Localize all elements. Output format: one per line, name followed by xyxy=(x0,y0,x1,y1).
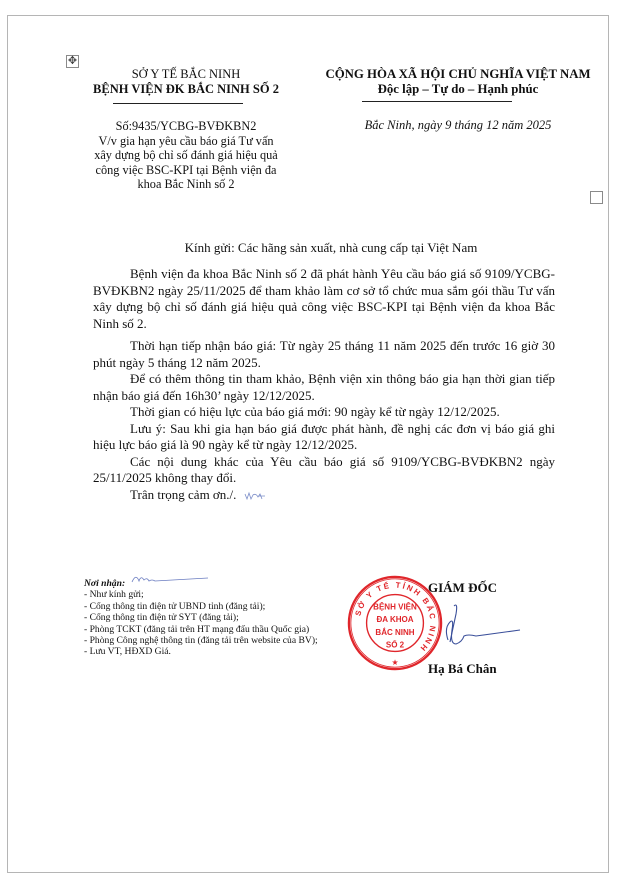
document-number: Số:9435/YCBG-BVĐKBN2 xyxy=(62,119,310,134)
recipients-list: Nơi nhận: - Như kính gửi; - Cổng thông t… xyxy=(84,578,364,658)
issuer-header: SỞ Y TẾ BẮC NINH BỆNH VIỆN ĐK BẮC NINH S… xyxy=(62,67,310,97)
signer-name: Hạ Bá Chân xyxy=(428,661,518,677)
organization-name: BỆNH VIỆN ĐK BẮC NINH SỐ 2 xyxy=(62,82,310,97)
body-paragraph: Thời hạn tiếp nhận báo giá: Từ ngày 25 t… xyxy=(93,338,555,371)
reference-block: Số:9435/YCBG-BVĐKBN2 V/v gia hạn yêu cầu… xyxy=(62,119,310,192)
body-paragraph: Các nội dung khác của Yêu cầu báo giá số… xyxy=(93,454,555,487)
recipient-item: - Như kính gửi; xyxy=(84,589,364,600)
recipient-item: - Cổng thông tin điện tử UBND tỉnh (đăng… xyxy=(84,601,364,612)
svg-text:BỆNH VIỆN: BỆNH VIỆN xyxy=(373,602,417,611)
national-motto: Độc lập – Tự do – Hạnh phúc xyxy=(303,82,613,97)
recipient-item: - Phòng Công nghệ thông tin (đăng tải tr… xyxy=(84,635,364,646)
header-left-rule xyxy=(113,103,243,104)
nation-title: CỘNG HÒA XÃ HỘI CHỦ NGHĨA VIỆT NAM xyxy=(303,67,613,82)
subject-line: khoa Bắc Ninh số 2 xyxy=(62,177,310,192)
subject-line: xây dựng bộ chỉ số đánh giá hiệu quả xyxy=(62,148,310,163)
signer-title: GIÁM ĐỐC xyxy=(428,580,508,596)
subject-line: V/v gia hạn yêu cầu báo giá Tư vấn xyxy=(62,134,310,149)
place-date: Bắc Ninh, ngày 9 tháng 12 năm 2025 xyxy=(303,118,613,133)
salutation: Kính gửi: Các hãng sản xuất, nhà cung cấ… xyxy=(62,240,600,256)
recipient-item: - Cổng thông tin điện tử SYT (đăng tải); xyxy=(84,612,364,623)
svg-text:BẮC NINH: BẮC NINH xyxy=(375,628,414,637)
recipient-item: - Phòng TCKT (đăng tải trên HT mạng đấu … xyxy=(84,624,364,635)
letter-body: Bệnh viện đa khoa Bắc Ninh số 2 đã phát … xyxy=(93,266,555,503)
authority-name: SỞ Y TẾ BẮC NINH xyxy=(62,67,310,82)
body-paragraph: Lưu ý: Sau khi gia hạn báo giá được phát… xyxy=(93,421,555,454)
closing-text: Trân trọng cảm ơn./. xyxy=(130,487,236,502)
table-resize-handle-icon[interactable] xyxy=(590,191,603,204)
initial-signature-icon xyxy=(244,491,266,501)
national-header: CỘNG HÒA XÃ HỘI CHỦ NGHĨA VIỆT NAM Độc l… xyxy=(303,67,613,97)
closing-line: Trân trọng cảm ơn./. xyxy=(93,487,555,504)
svg-text:ĐA KHOA: ĐA KHOA xyxy=(376,615,413,624)
body-paragraph: Để có thêm thông tin tham khảo, Bệnh việ… xyxy=(93,371,555,404)
subject-line: công việc BSC-KPI tại Bệnh viện đa xyxy=(62,163,310,178)
svg-text:★: ★ xyxy=(391,658,398,667)
recipient-item: - Lưu VT, HĐXD Giá. xyxy=(84,646,364,657)
body-paragraph: Bệnh viện đa khoa Bắc Ninh số 2 đã phát … xyxy=(93,266,555,332)
handwritten-signature-icon xyxy=(436,600,521,655)
body-paragraph: Thời gian có hiệu lực của báo giá mới: 9… xyxy=(93,404,555,421)
svg-text:SỐ 2: SỐ 2 xyxy=(386,640,405,650)
recipients-title: Nơi nhận: xyxy=(84,578,364,589)
header-right-rule xyxy=(362,101,512,102)
